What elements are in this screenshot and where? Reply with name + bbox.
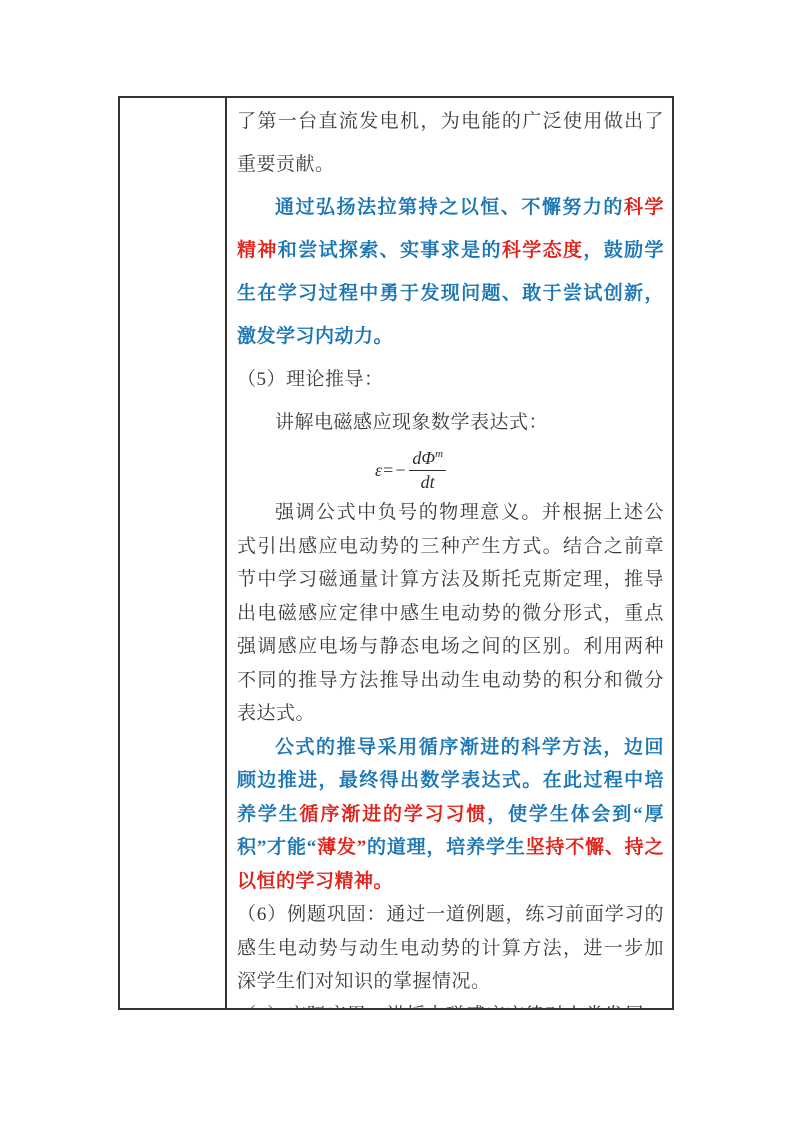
lesson-plan-table: 了第一台直流发电机，为电能的广泛使用做出了重要贡献。 通过弘扬法拉第持之以恒、不…	[118, 96, 674, 1010]
paragraph-formula-emphasis: 强调公式中负号的物理意义。并根据上述公式引出感应电动势的三种产生方式。结合之前章…	[237, 496, 664, 731]
item-7-practical-application: （7）实际应用：讲授电磁感应定律对人类发展、工业革命的重要意义，通过视频图片等多…	[237, 999, 664, 1009]
formula-numerator-base: dΦ	[412, 448, 435, 468]
text-segment-blue: 通过弘扬法拉第持之以恒、不懈努力的	[275, 197, 624, 218]
formula-fraction: dΦm dt	[409, 448, 446, 492]
text-segment-red-scientific-attitude: 科学态度	[502, 240, 584, 261]
emf-formula: ε=− dΦm dt	[237, 444, 664, 496]
item-6-example-consolidation: （6）例题巩固：通过一道例题，练习前面学习的感生电动势与动生电动势的计算方法，进…	[237, 898, 664, 999]
table-content-cell: 了第一台直流发电机，为电能的广泛使用做出了重要贡献。 通过弘扬法拉第持之以恒、不…	[227, 98, 672, 1008]
table-left-column-cell	[120, 98, 227, 1008]
paragraph-generator-contribution: 了第一台直流发电机，为电能的广泛使用做出了重要贡献。	[237, 100, 664, 186]
text-segment-red-bofa: 薄发”	[317, 837, 367, 858]
text-segment-blue: 的道理，培养学生	[367, 837, 526, 858]
formula-lhs: ε=−	[375, 460, 406, 481]
paragraph-derivation-method: 公式的推导采用循序渐进的科学方法，边回顾边推进，最终得出数学表达式。在此过程中培…	[237, 731, 664, 899]
item-5-title: （5）理论推导：	[237, 358, 664, 401]
formula-denominator: dt	[421, 471, 435, 493]
paragraph-faraday-spirit: 通过弘扬法拉第持之以恒、不懈努力的科学精神和尝试探索、实事求是的科学态度，鼓励学…	[237, 186, 664, 358]
formula-numerator-superscript: m	[435, 448, 443, 460]
formula-numerator: dΦm	[409, 448, 446, 471]
text-segment-red-step-by-step-habit: 循序渐进的学习习惯	[300, 804, 488, 825]
item-5-intro: 讲解电磁感应现象数学表达式：	[237, 401, 664, 444]
text-segment-blue: 和尝试探索、实事求是的	[278, 240, 502, 261]
